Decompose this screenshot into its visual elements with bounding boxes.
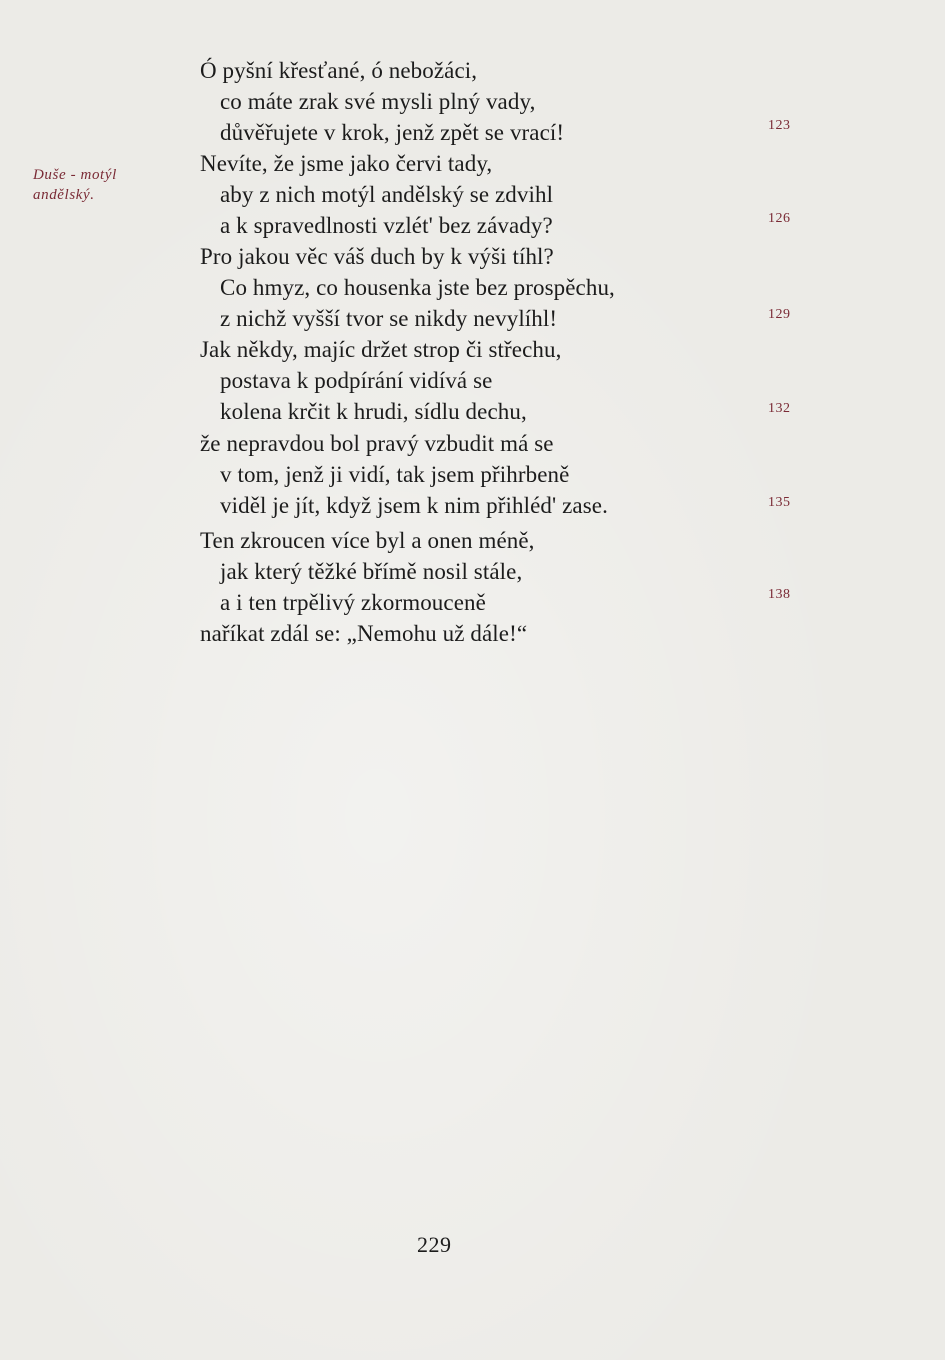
verse-line: aby z nich motýl andělský se zdvihl bbox=[220, 181, 553, 209]
verse-line: a i ten trpělivý zkormouceně bbox=[220, 589, 486, 617]
margin-note-line-2: andělský. bbox=[33, 185, 117, 205]
verse-line: důvěřujete v krok, jenž zpět se vrací! bbox=[220, 119, 564, 147]
book-page: Duše - motýl andělský. Ó pyšní křesťané,… bbox=[0, 0, 945, 1360]
verse-line: Ó pyšní křesťané, ó nebožáci, bbox=[200, 57, 477, 85]
verse-line: viděl je jít, když jsem k nim přihléd' z… bbox=[220, 492, 608, 520]
line-number: 135 bbox=[768, 495, 791, 511]
verse-line: postava k podpírání vidívá se bbox=[220, 367, 492, 395]
verse-line: co máte zrak své mysli plný vady, bbox=[220, 88, 535, 116]
verse-line: Pro jakou věc váš duch by k výši tíhl? bbox=[200, 243, 554, 271]
verse-line: Ten zkroucen více byl a onen méně, bbox=[200, 527, 535, 555]
verse-line: jak který těžké břímě nosil stále, bbox=[220, 558, 522, 586]
verse-line: naříkat zdál se: „Nemohu už dále!“ bbox=[200, 620, 527, 648]
margin-note-line-1: Duše - motýl bbox=[33, 165, 117, 185]
margin-note: Duše - motýl andělský. bbox=[33, 165, 117, 205]
line-number: 132 bbox=[768, 401, 791, 417]
line-number: 138 bbox=[768, 587, 791, 603]
verse-line: Nevíte, že jsme jako červi tady, bbox=[200, 150, 492, 178]
verse-line: v tom, jenž ji vidí, tak jsem přihrbeně bbox=[220, 461, 569, 489]
line-number: 126 bbox=[768, 211, 791, 227]
verse-line: a k spravedlnosti vzlét' bez závady? bbox=[220, 212, 553, 240]
verse-line: z nichž vyšší tvor se nikdy nevylíhl! bbox=[220, 305, 557, 333]
verse-line: že nepravdou bol pravý vzbudit má se bbox=[200, 430, 554, 458]
verse-line: kolena krčit k hrudi, sídlu dechu, bbox=[220, 398, 527, 426]
verse-line: Co hmyz, co housenka jste bez prospěchu, bbox=[220, 274, 615, 302]
line-number: 123 bbox=[768, 118, 791, 134]
verse-line: Jak někdy, majíc držet strop či střechu, bbox=[200, 336, 561, 364]
line-number: 129 bbox=[768, 307, 791, 323]
page-number: 229 bbox=[417, 1232, 452, 1258]
